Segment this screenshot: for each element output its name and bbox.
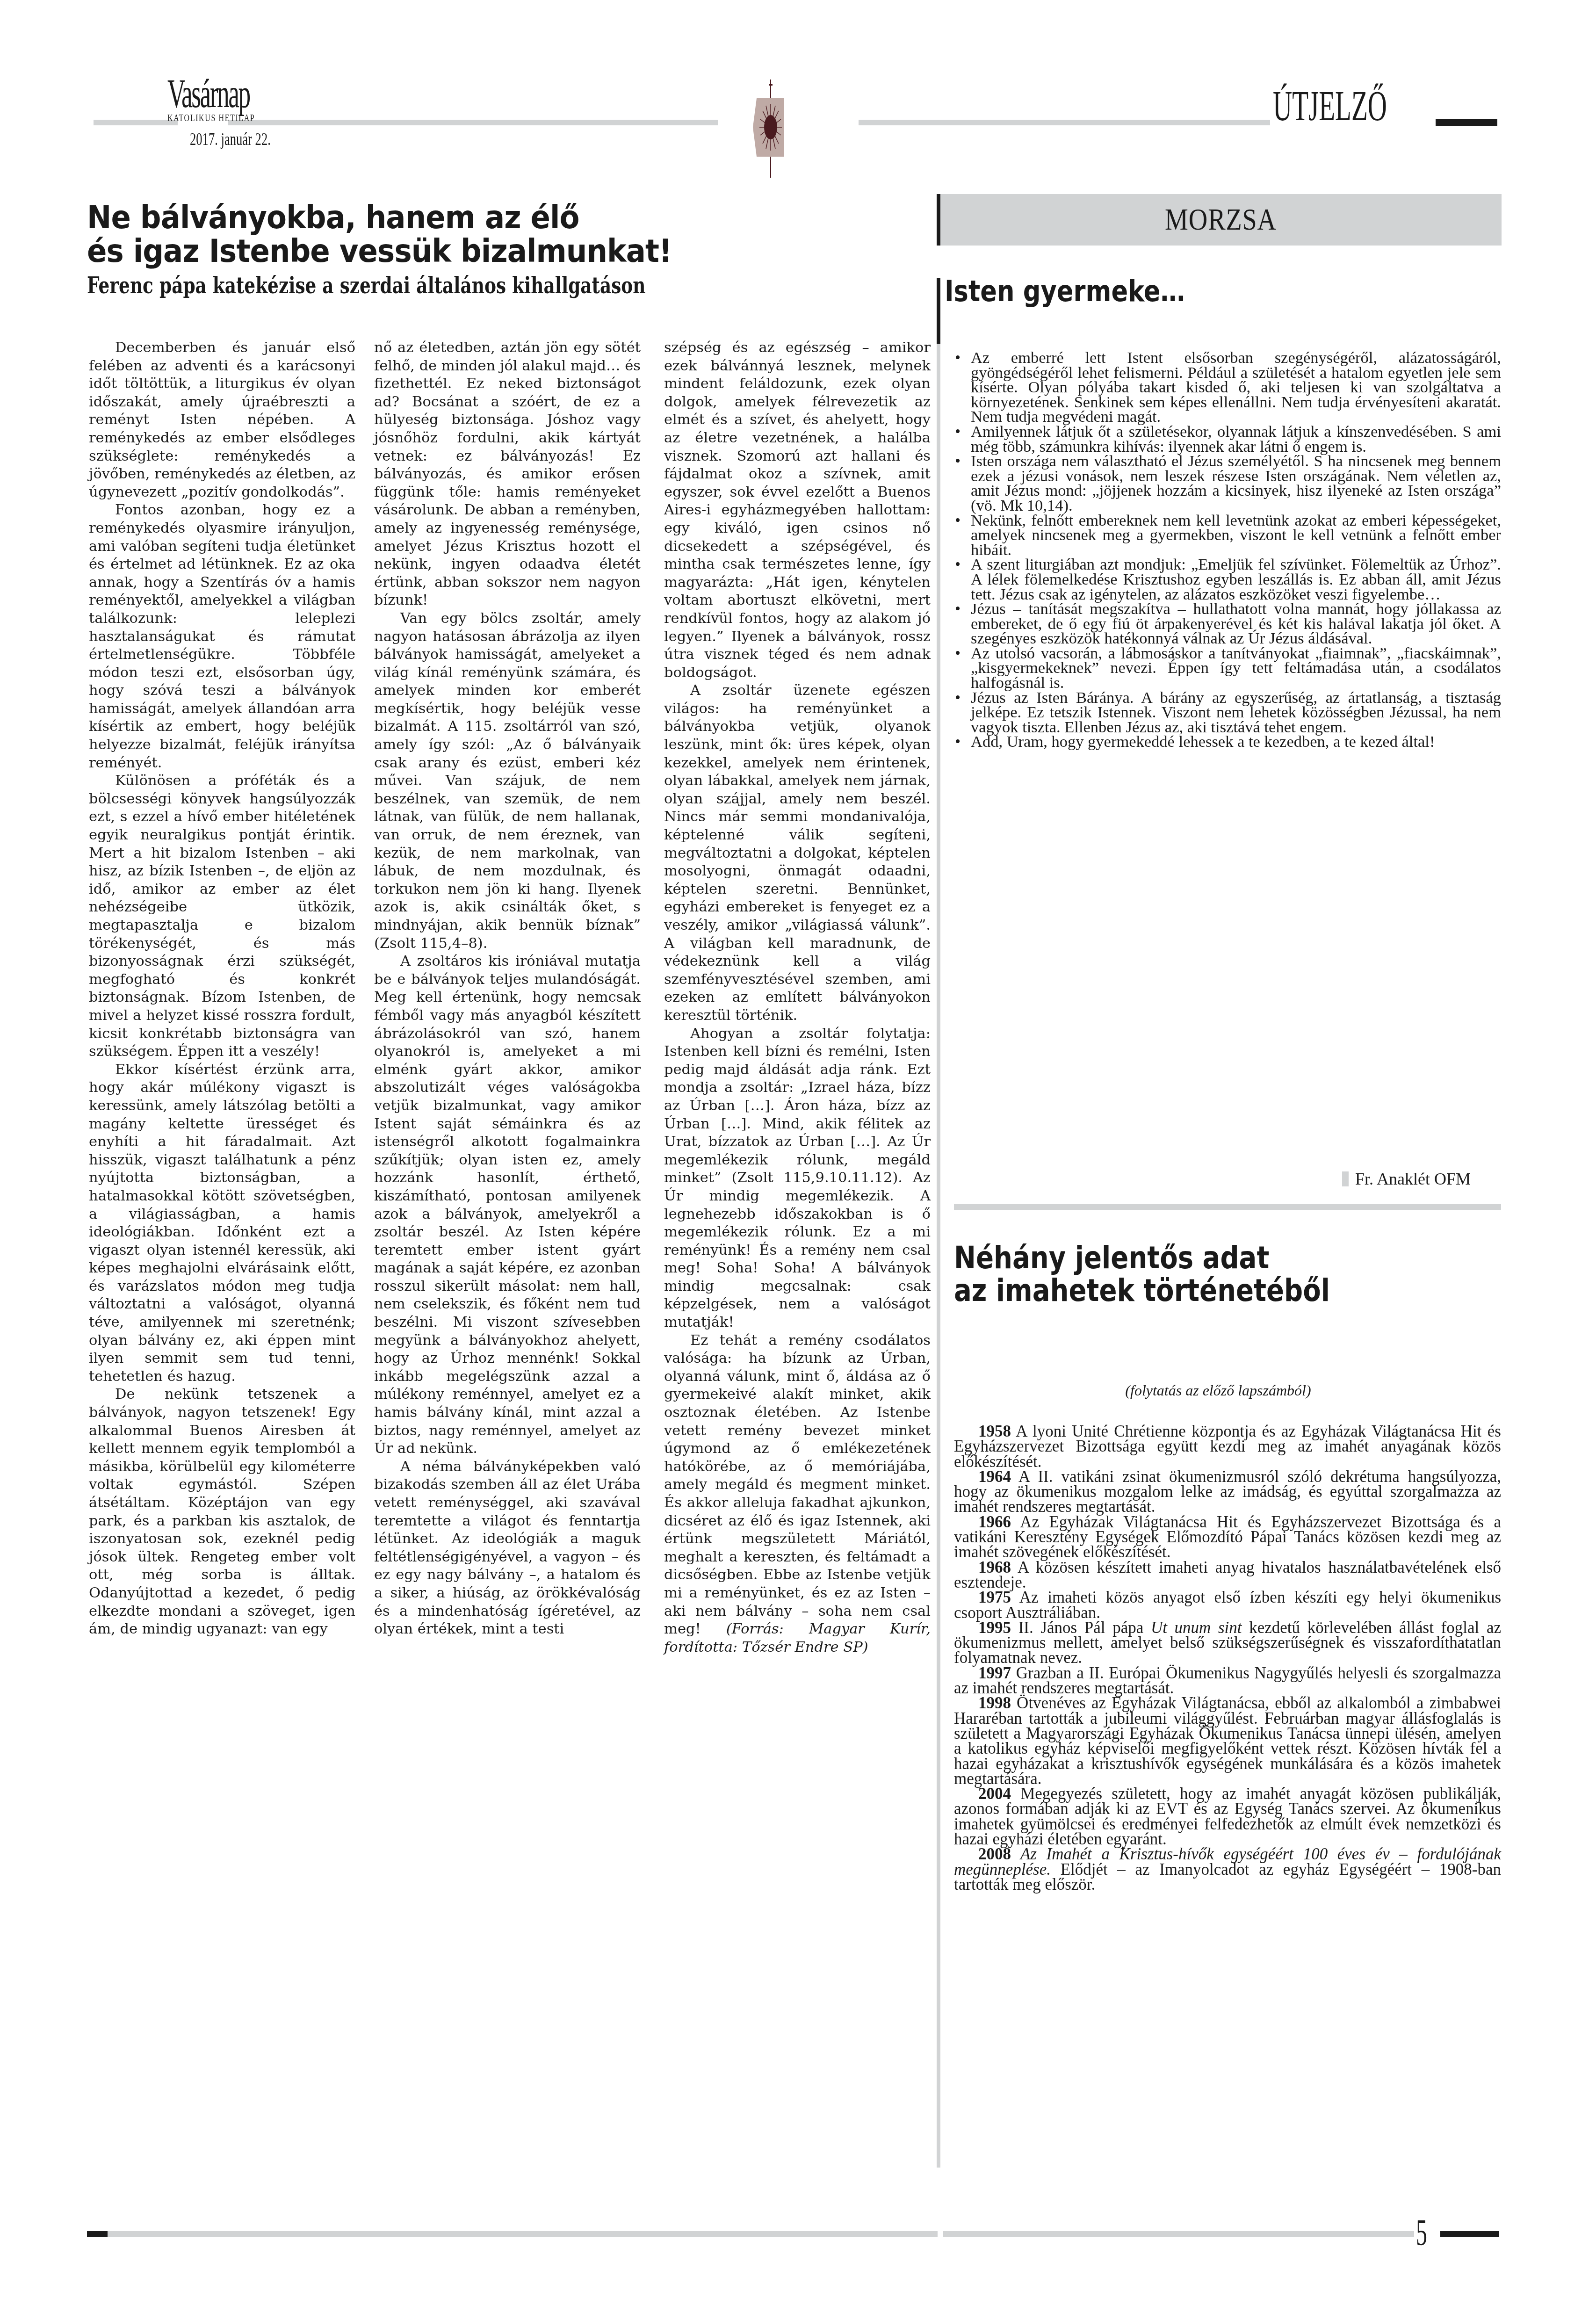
history-title-line1: Néhány jelentős adat (954, 1242, 1330, 1274)
paragraph: szépség és az egészség – amikor ezek bál… (664, 339, 931, 682)
paragraph: Ahogyan a zsoltár folytatja: Istenben ke… (664, 1025, 931, 1332)
entry-text: A II. vatikáni zsinat ökumenizmusról szó… (954, 1467, 1501, 1516)
sidebar-rule (937, 194, 940, 246)
history-entry: 1968 A közösen készített imaheti anyag h… (954, 1560, 1501, 1590)
morzsa-bullet-list: Az emberré lett Istent elsősorban szegén… (949, 351, 1501, 750)
paragraph: Decemberben és január első felében az ad… (89, 339, 355, 501)
list-item: A szent liturgiában azt mondjuk: „Emeljü… (949, 557, 1501, 602)
history-entry: 1997 Grazban a II. Európai Ökumenikus Na… (954, 1666, 1501, 1696)
history-entry: 1966 Az Egyházak Világtanácsa Hit és Egy… (954, 1515, 1501, 1560)
history-entry: 1998 Ötvenéves az Egyházak Világtanácsa,… (954, 1696, 1501, 1786)
article-column-1: Decemberben és január első felében az ad… (89, 339, 355, 1639)
header-rule-accent (1436, 119, 1497, 126)
article-title-line1: Ne bálványokba, hanem az élő (87, 201, 844, 235)
sidebar-rule (937, 278, 940, 344)
list-item: Isten országa nem választható el Jézus s… (949, 454, 1501, 513)
history-entry: 1958 A lyoni Unité Chrétienne központja … (954, 1424, 1501, 1469)
page-number: 5 (1416, 2214, 1427, 2252)
paragraph: Különösen a próféták és a bölcsességi kö… (89, 772, 355, 1061)
footer-rule-left (108, 2231, 938, 2237)
section-title: ÚTJELZŐ (1273, 84, 1387, 127)
article-column-2: nő az életedben, aztán jön egy sötét fel… (374, 339, 641, 1639)
list-item: Nekünk, felnőtt embereknek nem kell leve… (949, 513, 1501, 558)
paragraph: A zsoltáros kis iróniával mutatja be e b… (374, 953, 641, 1458)
masthead-title: Vasárnap (167, 75, 196, 112)
sidebar-title: Isten gyermeke… (945, 276, 1185, 307)
history-title-line2: az imahetek történetéből (954, 1274, 1330, 1307)
entry-text: Ötvenéves az Egyházak Világtanácsa, ebbő… (954, 1694, 1501, 1787)
masthead: Vasárnap KATOLIKUS HETILAP (167, 75, 214, 124)
list-item: Jézus az Isten Báránya. A bárány az egys… (949, 691, 1501, 735)
article-column-3: szépség és az egészség – amikor ezek bál… (664, 339, 931, 1656)
entry-text: Grazban a II. Európai Ökumenikus Nagygyű… (954, 1664, 1501, 1697)
list-item: Amilyennek látjuk őt a születésekor, oly… (949, 425, 1501, 454)
history-entries: 1958 A lyoni Unité Chrétienne központja … (954, 1424, 1501, 1892)
header-rule-right (859, 120, 1270, 125)
entry-text: Az imaheti közös anyagot első ízben kész… (954, 1588, 1501, 1621)
masthead-subtitle: KATOLIKUS HETILAP (167, 113, 205, 124)
footer-rule-accent (87, 2231, 108, 2237)
source-note: (Forrás: Magyar Kurír, fordította: Tőzsé… (664, 1621, 931, 1655)
header-rule-left (94, 120, 178, 125)
paragraph: De nekünk tetszenek a bálványok, nagyon … (89, 1386, 355, 1638)
history-entry: 1995 II. János Pál pápa Ut unum sint kez… (954, 1620, 1501, 1666)
sidebar-rule (937, 344, 940, 2168)
footer-rule-accent-right (1440, 2231, 1499, 2237)
continuation-note: (folytatás az előző lapszámból) (935, 1382, 1501, 1399)
morzsa-header: MORZSA (940, 194, 1502, 246)
entry-text: A lyoni Unité Chrétienne központja és az… (954, 1422, 1501, 1471)
paragraph: nő az életedben, aztán jön egy sötét fel… (374, 339, 641, 610)
history-entry: 1964 A II. vatikáni zsinat ökumenizmusró… (954, 1469, 1501, 1515)
issue-date: 2017. január 22. (190, 129, 271, 150)
paragraph: A néma bálványképekben való bizakodás sz… (374, 1458, 641, 1639)
entry-text: Megegyezés született, hogy az imahét any… (954, 1785, 1501, 1848)
author-marker (1342, 1171, 1349, 1186)
list-item: Jézus – tanítását megszakítva – hullatha… (949, 602, 1501, 646)
author-signature: Fr. Anaklét OFM (1342, 1169, 1471, 1189)
article-title: Ne bálványokba, hanem az élő és igaz Ist… (87, 201, 844, 268)
paragraph: Van egy bölcs zsoltár, amely nagyon hatá… (374, 610, 641, 953)
sun-monstrance-icon (752, 80, 785, 178)
paragraph-text: Ez tehát a remény csodálatos valósága: h… (664, 1332, 931, 1638)
paragraph: Ez tehát a remény csodálatos valósága: h… (664, 1332, 931, 1657)
article-subtitle: Ferenc pápa katekézise a szerdai általán… (87, 274, 780, 298)
header-rule-mid (228, 120, 718, 125)
entry-text: A közösen készített imaheti anyag hivata… (954, 1558, 1501, 1591)
paragraph: A zsoltár üzenete egészen világos: ha re… (664, 682, 931, 1025)
morzsa-label: MORZSA (1165, 202, 1277, 238)
history-entry: 2004 Megegyezés született, hogy az imahé… (954, 1786, 1501, 1847)
history-entry: 2008 Az Imahét a Krisztus-hívők egységéé… (954, 1847, 1501, 1892)
entry-text: Az Egyházak Világtanácsa Hit és Egyházsz… (954, 1513, 1501, 1561)
list-item: Az emberré lett Istent elsősorban szegén… (949, 351, 1501, 425)
paragraph: Ekkor kísértést érzünk arra, hogy akár m… (89, 1061, 355, 1386)
paragraph: Fontos azonban, hogy ez a reménykedés ol… (89, 501, 355, 772)
author-name: Fr. Anaklét OFM (1355, 1169, 1471, 1189)
history-entry: 1975 Az imaheti közös anyagot első ízben… (954, 1590, 1501, 1620)
list-item: Az utolsó vacsorán, a lábmosáskor a taní… (949, 646, 1501, 691)
list-item: Add, Uram, hogy gyermekeddé lehessek a t… (949, 735, 1501, 750)
sidebar-divider (954, 1204, 1501, 1210)
article-title-line2: és igaz Istenbe vessük bizalmunkat! (87, 235, 844, 268)
history-title: Néhány jelentős adat az imahetek történe… (954, 1242, 1330, 1307)
footer-rule-right (943, 2231, 1414, 2237)
